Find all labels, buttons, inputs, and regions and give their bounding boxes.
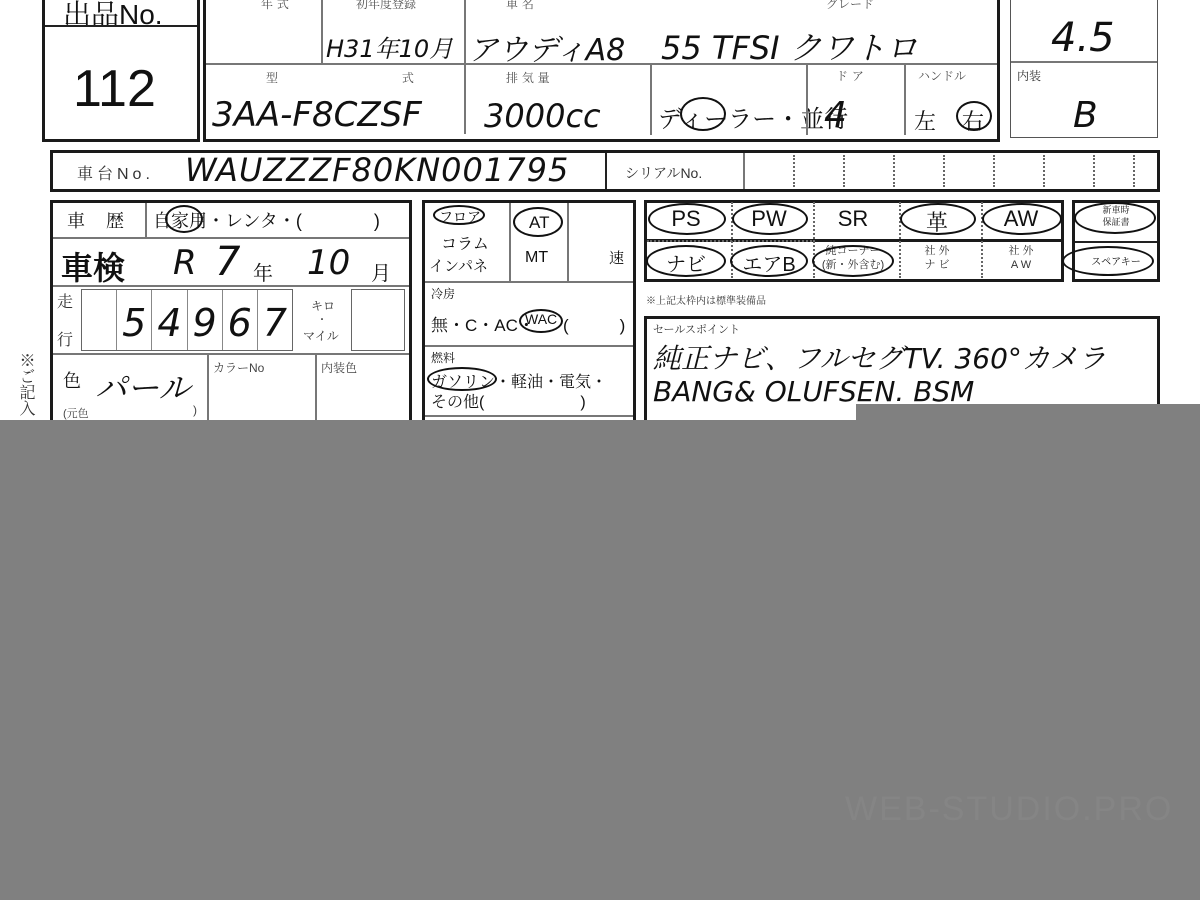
chassis-label: 車台No. — [77, 161, 154, 184]
divider — [904, 63, 906, 135]
shift-at-circle — [513, 207, 563, 237]
side-note: ※ご記入 — [14, 352, 37, 416]
divider — [567, 203, 569, 281]
serial-label: シリアルNo. — [625, 163, 702, 183]
divider — [53, 285, 409, 287]
divider — [425, 415, 633, 417]
divider — [464, 0, 466, 134]
history-selection-circle — [165, 205, 203, 233]
serial-grid — [943, 155, 945, 187]
divider — [806, 63, 808, 135]
score-box: 4.5 内装 B — [1010, 0, 1158, 138]
inspection-year: 7 — [215, 239, 240, 285]
divider — [145, 203, 147, 237]
lot-number-box: 出品No. 112 — [42, 0, 200, 142]
mileage-label-bottom: 行 — [57, 327, 73, 350]
doors-value: 4 — [824, 95, 847, 136]
mileage-digit: 4 — [152, 290, 187, 350]
divider — [206, 63, 997, 65]
equipment-item: 社 外A W — [978, 244, 1064, 272]
divider — [425, 345, 633, 347]
overall-score: 4.5 — [1051, 15, 1115, 61]
import-type-selection-circle — [680, 97, 726, 131]
doors-label: ド ア — [836, 67, 864, 84]
equipment-selection-circle — [982, 203, 1062, 235]
divider — [425, 281, 633, 283]
inspection-era: R — [173, 243, 197, 283]
equipment-selection-circle — [812, 245, 894, 277]
serial-grid — [993, 155, 995, 187]
divider — [509, 203, 511, 281]
mileage-extra-cell — [351, 289, 405, 351]
interior-score-value: B — [1073, 95, 1098, 136]
fuel-selection-circle — [427, 367, 497, 391]
divider — [1011, 61, 1157, 63]
original-color-label: (元色 — [63, 405, 89, 421]
shift-floor-circle — [433, 205, 485, 225]
equipment-spare-key-circle — [1062, 246, 1154, 276]
shift-speed: 速 — [609, 247, 624, 268]
serial-grid — [793, 155, 795, 187]
aircon-label: 冷房 — [431, 285, 455, 302]
color-number-label: カラーNo — [213, 359, 264, 376]
inspection-year-unit: 年 — [253, 257, 273, 286]
handle-label: ハンドル — [918, 67, 966, 84]
divider — [45, 25, 197, 27]
handle-selection-circle — [956, 101, 992, 131]
shift-mt: MT — [525, 249, 548, 267]
handle-left: 左 — [914, 105, 936, 136]
history-box: 車 歴 自家用・レンタ・( ) 車検 R 7 年 10 月 走 行 54967 … — [50, 200, 412, 440]
serial-grid — [1043, 155, 1045, 187]
equipment-selection-circle — [732, 203, 808, 235]
equipment-item: SR — [810, 206, 896, 232]
sales-points-line1: 純正ナビ、フルセグTV. 360°カメラ — [653, 337, 1106, 377]
shift-inpane: インパネ — [429, 255, 488, 276]
shift-column: コラム — [441, 231, 489, 254]
history-label: 車 歴 — [67, 207, 132, 233]
first-reg-label: 初年度登録 — [356, 0, 416, 12]
chassis-number-value: WAUZZZF80KN001795 — [185, 151, 569, 189]
mileage-digit: 9 — [188, 290, 223, 350]
lot-number-value: 112 — [73, 59, 156, 119]
mileage-unit-dot: ・ — [317, 311, 327, 326]
grade-label: グレード — [826, 0, 874, 12]
displacement-label: 排 気 量 — [506, 69, 550, 86]
equipment-note: ※上記太枠内は標準装備品 — [646, 292, 766, 307]
equipment-grid-line — [647, 240, 815, 242]
serial-grid — [1133, 155, 1135, 187]
serial-grid — [1093, 155, 1095, 187]
mileage-unit-mile: マイル — [303, 327, 339, 344]
first-reg-value: H31年10月 — [326, 29, 453, 64]
divider — [743, 153, 745, 189]
displacement-value: 3000cc — [484, 97, 601, 135]
aircon-paren: ( ) — [563, 311, 625, 336]
equipment-selection-circle — [900, 203, 976, 235]
serial-grid — [893, 155, 895, 187]
original-color-close: ) — [193, 403, 197, 417]
watermark: WEB-STUDIO.PRO — [845, 790, 1173, 829]
chassis-row: 車台No. WAUZZZF80KN001795 シリアルNo. — [50, 150, 1160, 192]
lot-number-label: 出品No. — [63, 0, 163, 33]
fuel-label: 燃料 — [431, 349, 455, 366]
serial-grid — [843, 155, 845, 187]
divider — [1075, 241, 1157, 243]
drivetrain-box: フロア コラム インパネ AT MT 速 冷房 無・C・AC・ WAC ( ) … — [422, 200, 636, 440]
inspection-label: 車検 — [61, 243, 125, 289]
aircon-selection-circle — [519, 309, 563, 333]
mileage-label-top: 走 — [57, 289, 73, 312]
color-label: 色 — [63, 367, 81, 393]
car-name-label: 車 名 — [506, 0, 534, 12]
mileage-digit: 6 — [223, 290, 258, 350]
mileage-digit: 5 — [117, 290, 152, 350]
mileage-digit — [82, 290, 117, 350]
equipment-selection-circle — [730, 245, 808, 277]
model-code-value: 3AA-F8CZSF — [212, 95, 422, 135]
sales-points-label: セールスポイント — [653, 321, 740, 337]
equipment-item: 社 外ナ ビ — [896, 244, 978, 272]
mileage-odometer: 54967 — [81, 289, 293, 351]
vehicle-header-box: 年 式 初年度登録 H31年10月 車 名 アウディA8 グレード 55 TFS… — [203, 0, 1000, 142]
equipment-warranty-circle — [1074, 202, 1156, 234]
inspection-month: 10 — [307, 243, 350, 283]
equipment-selection-circle — [646, 245, 726, 277]
color-value: パール — [95, 363, 190, 409]
divider — [650, 63, 652, 135]
divider — [53, 353, 409, 355]
year-label: 年 式 — [261, 0, 289, 12]
equipment-selection-circle — [648, 203, 726, 235]
divider — [605, 153, 607, 189]
mileage-digit: 7 — [258, 290, 292, 350]
interior-color-label: 内装色 — [321, 359, 357, 376]
interior-score-label: 内装 — [1017, 67, 1041, 84]
model-label: 型 式 — [266, 69, 474, 86]
fuel-options-line2: その他( ) — [431, 389, 586, 412]
divider — [321, 0, 323, 63]
inspection-month-unit: 月 — [371, 257, 391, 286]
